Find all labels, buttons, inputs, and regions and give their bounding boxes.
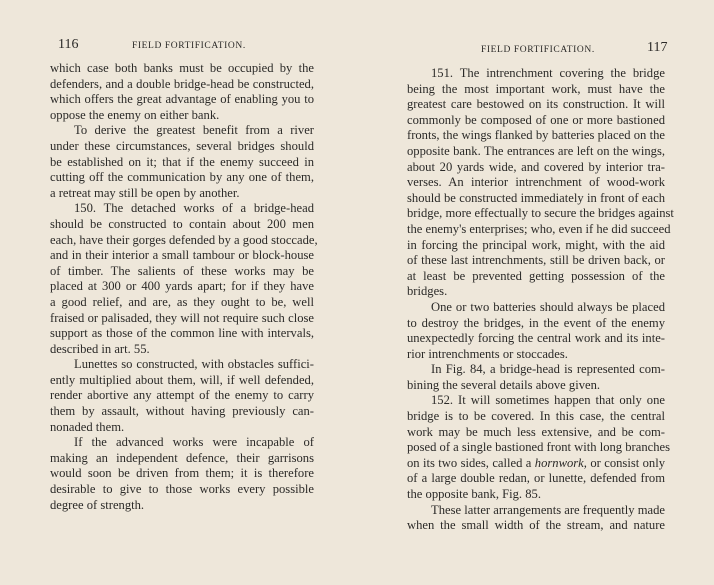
text-line: 150. The detached works of a bridge-head	[50, 201, 314, 217]
text-line: greatest care bestowed on its constructi…	[407, 97, 665, 113]
text-line: bridge, more effectually to secure the b…	[407, 206, 665, 222]
text-line: in forcing the principal work, might, wi…	[407, 238, 665, 254]
right-page: FIELD FORTIFICATION. 117 151. The intren…	[357, 0, 714, 585]
text-line: To derive the greatest benefit from a ri…	[50, 123, 314, 139]
body-text: which case both banks must be occupied b…	[50, 61, 314, 513]
text-line: described in art. 55.	[50, 342, 314, 358]
text-line: bining the several details above given.	[407, 378, 665, 394]
text-line: about 20 yards wide, and covered by inte…	[407, 160, 665, 176]
text-line: desirable to give to those works every p…	[50, 482, 314, 498]
text-line: bridge is to be covered. In this case, t…	[407, 409, 665, 425]
text-line: would soon be driven from them; it is th…	[50, 466, 314, 482]
text-line: oppose the enemy on either bank.	[50, 108, 314, 124]
text-line: work may be much less extensive, and be …	[407, 425, 665, 441]
text-line: each, have their gorges defended by a go…	[50, 233, 314, 249]
page-number: 116	[58, 37, 78, 53]
text-line: should be constructed to contain about 2…	[50, 217, 314, 233]
text-line: 152. It will sometimes happen that only …	[407, 393, 665, 409]
text-line: One or two batteries should always be pl…	[407, 300, 665, 316]
text-line: posed of a single bastioned front with l…	[407, 440, 665, 456]
running-title: FIELD FORTIFICATION.	[481, 45, 595, 55]
text-line: to destroy the bridges, in the event of …	[407, 316, 665, 332]
text-line: at least be prevented getting possession…	[407, 269, 665, 285]
italic-term: hornwork,	[535, 456, 587, 470]
text-line: ently multiplied about them, will, if we…	[50, 373, 314, 389]
text-line: defenders, and a double bridge-head be c…	[50, 77, 314, 93]
text-line: opposite bank. The entrances are left on…	[407, 144, 665, 160]
text-line: render abortive any attempt of the enemy…	[50, 388, 314, 404]
text-line: of timber. The salients of these works m…	[50, 264, 314, 280]
left-page: 116 FIELD FORTIFICATION. which case both…	[0, 0, 357, 585]
text-line: rior intrenchments or stoccades.	[407, 347, 665, 363]
text-line: If the advanced works were incapable of	[50, 435, 314, 451]
text-line: placed at 300 or 400 yards apart; for if…	[50, 279, 314, 295]
text-line: making an independent defence, their gar…	[50, 451, 314, 467]
text-line: which case both banks must be occupied b…	[50, 61, 314, 77]
text-line: fronts, the wings flanked by batteries p…	[407, 128, 665, 144]
running-title: FIELD FORTIFICATION.	[132, 41, 246, 51]
text-line: on its two sides, called a hornwork, or …	[407, 456, 665, 472]
text-line: being the most important work, must have…	[407, 82, 665, 98]
text-line: These latter arrangements are frequently…	[407, 503, 665, 519]
text-line: cutting off the communication by any one…	[50, 170, 314, 186]
text-line: nonaded them.	[50, 420, 314, 436]
text-line: unexpectedly forcing the central work an…	[407, 331, 665, 347]
text-line: the enemy's enterprises; who, even if he…	[407, 222, 665, 238]
text-line: the opposite bank, Fig. 85.	[407, 487, 665, 503]
text-line: a retreat may still be open by another.	[50, 186, 314, 202]
text-line: Lunettes so constructed, with obstacles …	[50, 357, 314, 373]
text-line: should be constructed immediately in fro…	[407, 191, 665, 207]
text-line: and in their interior a small tambour or…	[50, 248, 314, 264]
text-line: support as those of the common line with…	[50, 326, 314, 342]
body-text: 151. The intrenchment covering the bridg…	[407, 66, 665, 534]
text-line: of these last intrenchments, still be dr…	[407, 253, 665, 269]
text-line: fraised or palisaded, they will not requ…	[50, 311, 314, 327]
text-line: In Fig. 84, a bridge-head is represented…	[407, 362, 665, 378]
text-line: degree of strength.	[50, 498, 314, 514]
text-line: which offers the great advantage of enab…	[50, 92, 314, 108]
text-line: bridges.	[407, 284, 665, 300]
text-line: commonly be composed of one or more bast…	[407, 113, 665, 129]
text-line: when the small width of the stream, and …	[407, 518, 665, 534]
text-line: 151. The intrenchment covering the bridg…	[407, 66, 665, 82]
text-line: be established on it; that if the enemy …	[50, 155, 314, 171]
text-line: under these circumstances, several bridg…	[50, 139, 314, 155]
text-line: a good relief, and are, as they ought to…	[50, 295, 314, 311]
text-line: verses. An interior intrenchment of wood…	[407, 175, 665, 191]
page-number: 117	[647, 40, 667, 56]
text-line: of a large double redan, or lunette, def…	[407, 471, 665, 487]
text-line: them by assault, without having previous…	[50, 404, 314, 420]
